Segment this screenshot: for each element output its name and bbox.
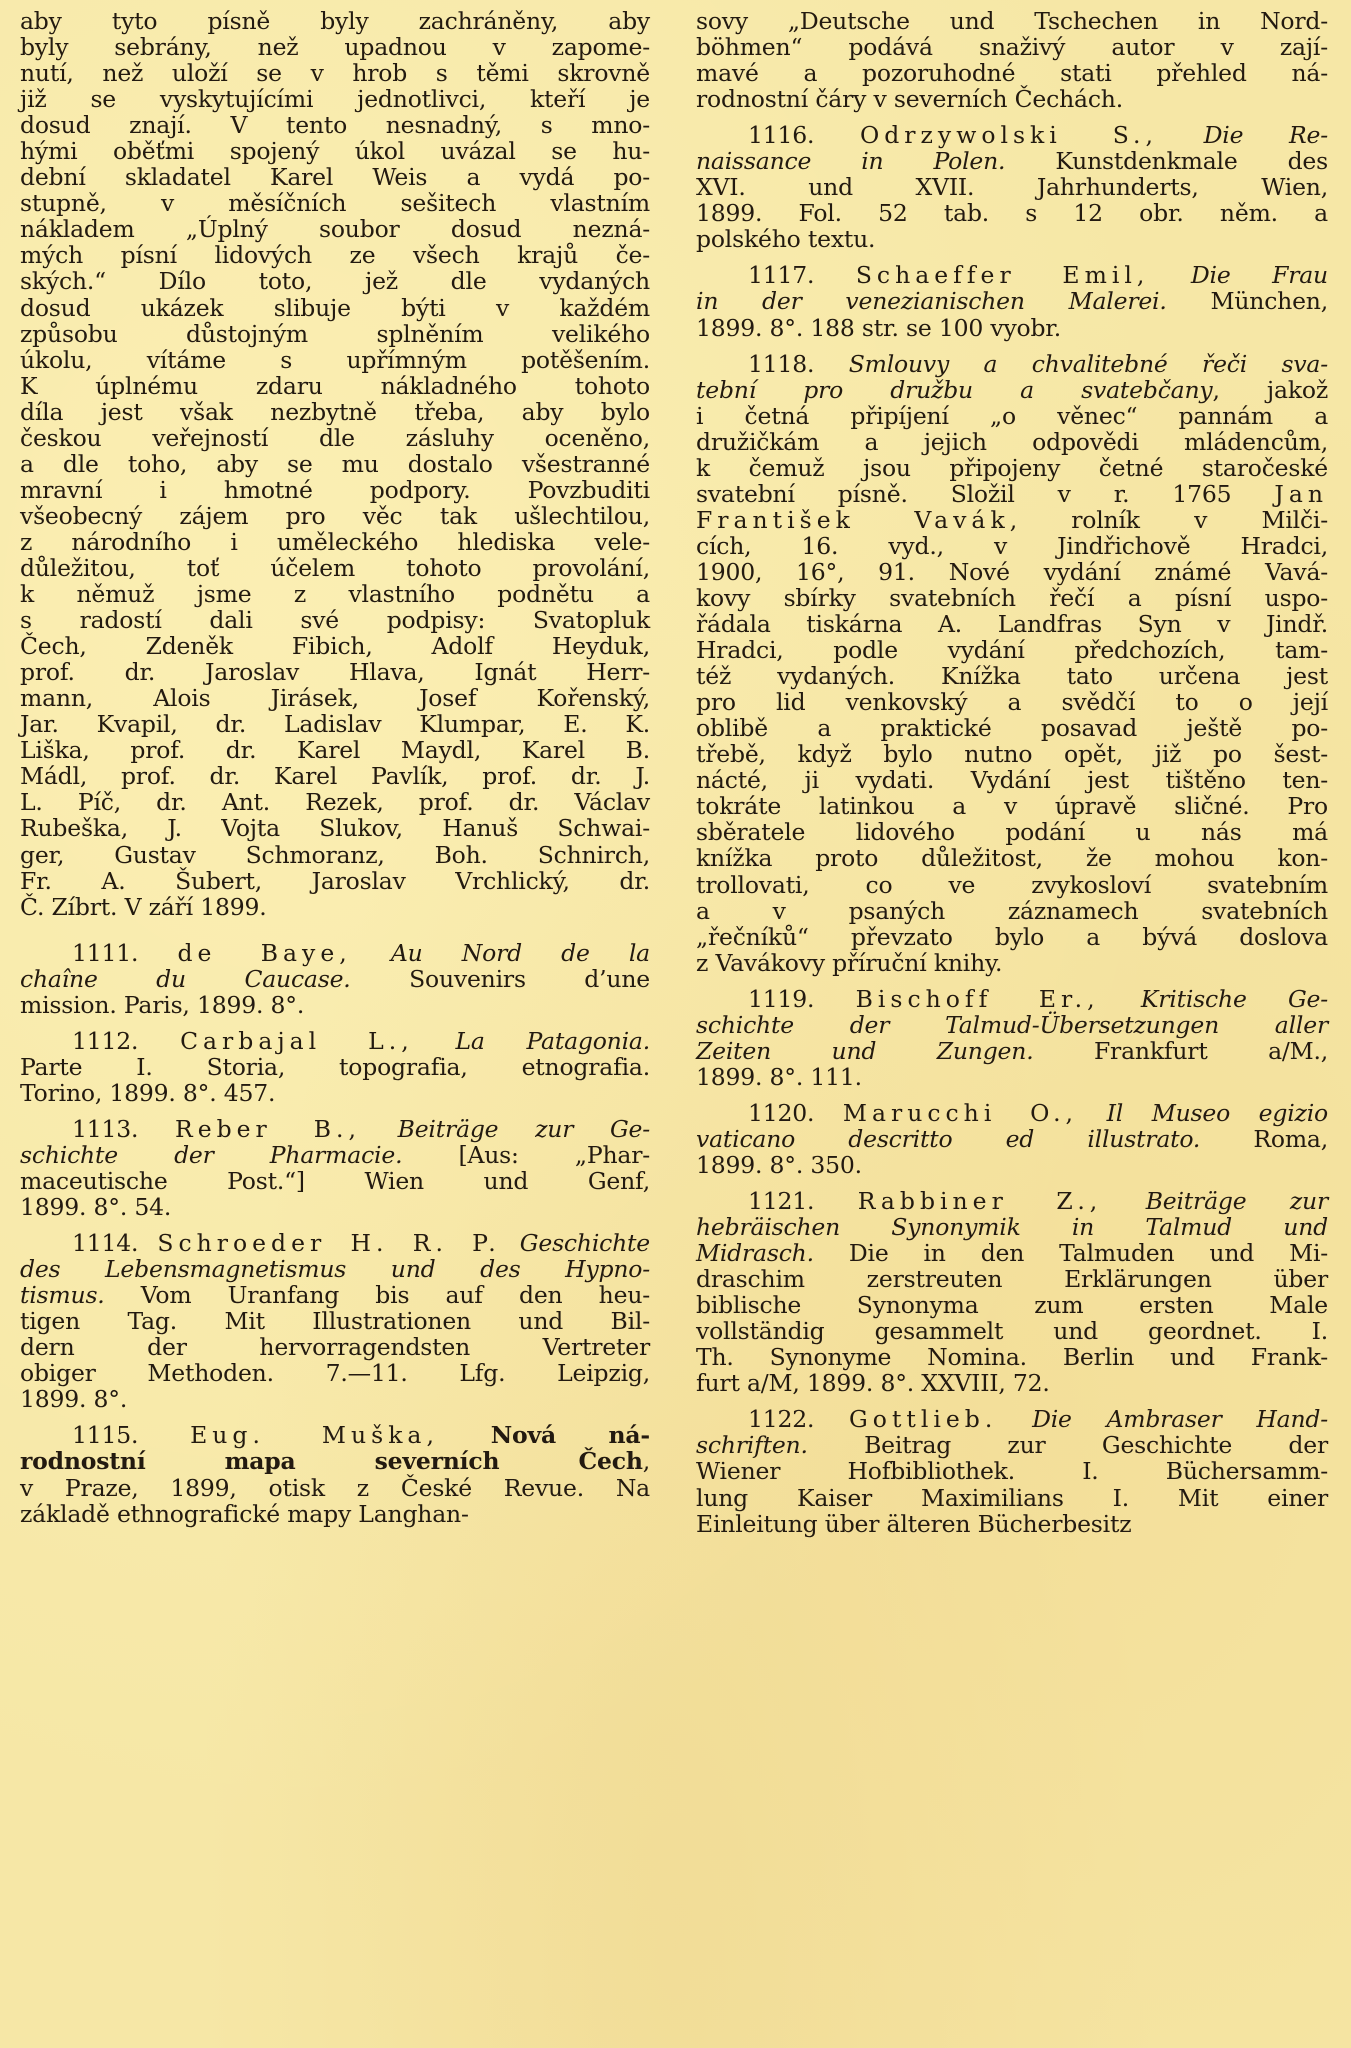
italic-title: Smlouvy a chvalitebné řeči sva- [849, 350, 1328, 378]
text-run: 1899. Fol. 52 tab. s 12 obr. něm. a [696, 199, 1328, 227]
text-line: draschim zerstreuten Erklärungen über [696, 1266, 1328, 1292]
italic-title: Zeiten und Zungen. [696, 1037, 1033, 1065]
text-run: družičkám a jejich odpovědi mládencům, [696, 428, 1328, 456]
spaced-name: František Vavák [696, 506, 1010, 534]
bold-title: rodnostní mapa severních Čech [20, 1447, 643, 1475]
text-run: v Praze, 1899, otisk z České Revue. Na [20, 1474, 650, 1502]
bibliography-entry: 1121. Rabbiner Z., Beiträge zurhebräisch… [696, 1188, 1328, 1396]
text-run: a v psaných záznamech svatebních [696, 897, 1328, 925]
text-line: knížka proto důležitost, že mohou kon- [696, 845, 1328, 871]
text-run: též vydaných. Knížka tato určena jest [696, 662, 1328, 690]
text-run: furt a/M, 1899. 8°. XXVIII, 72. [696, 1369, 1050, 1397]
italic-title: tební pro družbu a svatebčany [696, 376, 1212, 404]
text-line: již se vyskytujícími jednotlivci, kteří … [20, 86, 650, 112]
text-run: oblibě a praktické posavad ještě po- [696, 714, 1328, 742]
text-run: Frankfurt a/M., [1033, 1037, 1328, 1065]
text-run: , rolník v Milči- [1010, 506, 1328, 534]
entry-first-line: 1119. Bischoff Er., Kritische Ge- [696, 986, 1328, 1012]
text-line: Einleitung über älteren Bücherbesitz [696, 1511, 1328, 1537]
text-run: polského textu. [696, 225, 875, 253]
text-line: Wiener Hofbibliothek. I. Büchersamm- [696, 1458, 1328, 1484]
text-line: byly sebrány, než upadnou v zapome- [20, 34, 650, 60]
text-run: Beitrag zur Geschichte der [808, 1431, 1328, 1459]
text-line: kovy sbírky svatebních řečí a písní uspo… [696, 585, 1328, 611]
text-run: mavé a pozoruhodné stati přehled ná- [696, 59, 1328, 87]
text-run: mých písní lidových ze všech krajů če- [20, 241, 650, 269]
text-run: 1899. 8°. [20, 1385, 127, 1413]
spaced-name: de Baye, [177, 939, 351, 967]
entry-first-line: 1120. Marucchi O., Il Museo egizio [696, 1100, 1328, 1126]
text-line: dosud ukázek slibuje býti v každém [20, 295, 650, 321]
entry-first-line: 1115. Eug. Muška, Nová ná- [20, 1422, 650, 1448]
entry-first-line: 1112. Carbajal L., La Patagonia. [20, 1028, 650, 1054]
text-run: K úplnému zdaru nákladného tohoto [20, 372, 650, 400]
text-line: rodnostní mapa severních Čech, [20, 1448, 650, 1474]
continuation-paragraph: sovy „Deutsche und Tschechen in Nord-böh… [696, 8, 1328, 112]
text-line: schichte der Talmud-Übersetzungen aller [696, 1012, 1328, 1038]
text-line: v Praze, 1899, otisk z České Revue. Na [20, 1475, 650, 1501]
text-run: 1899. 8°. 54. [20, 1193, 171, 1221]
text-run: 1119. [748, 985, 856, 1013]
text-run: 1117. [748, 261, 856, 289]
text-line: Midrasch. Die in den Talmuden und Mi- [696, 1240, 1328, 1266]
text-line: chaîne du Caucase. Souvenirs d’une [20, 966, 650, 992]
text-line: dern der hervorragendsten Vertreter [20, 1334, 650, 1360]
bibliography-entry: 1111. de Baye, Au Nord de lachaîne du Ca… [20, 940, 650, 1018]
text-line: Fr. A. Šubert, Jaroslav Vrchlický, dr. [20, 868, 650, 894]
text-run: L. Píč, dr. Ant. Rezek, prof. dr. Václav [20, 788, 650, 816]
text-run: ger, Gustav Schmoranz, Boh. Schnirch, [20, 841, 650, 869]
text-run: 1115. [72, 1421, 190, 1449]
text-run: Wiener Hofbibliothek. I. Büchersamm- [696, 1457, 1328, 1485]
italic-title: La Patagonia. [455, 1027, 650, 1055]
text-line: dosud znají. V tento nesnadný, s mno- [20, 112, 650, 138]
text-line: 1899. Fol. 52 tab. s 12 obr. něm. a [696, 200, 1328, 226]
text-run: k čemuž jsou připojeny četné staročeské [696, 454, 1328, 482]
text-run: Torino, 1899. 8°. 457. [20, 1079, 275, 1107]
text-line: 1899. 8°. [20, 1386, 650, 1412]
text-run: Parte I. Storia, topografia, etnografia. [20, 1053, 650, 1081]
text-line: Parte I. Storia, topografia, etnografia. [20, 1054, 650, 1080]
text-line: maceutische Post.“] Wien und Genf, [20, 1168, 650, 1194]
text-run: Th. Synonyme Nomina. Berlin und Frank- [696, 1343, 1328, 1371]
text-run: všeobecný zájem pro věc tak ušlechtilou, [20, 502, 650, 530]
text-line: družičkám a jejich odpovědi mládencům, [696, 429, 1328, 455]
text-run: Fr. A. Šubert, Jaroslav Vrchlický, dr. [20, 867, 650, 895]
text-line: tokráte latinkou a v úpravě sličné. Pro [696, 793, 1328, 819]
bibliography-entry: 1120. Marucchi O., Il Museo egiziovatica… [696, 1100, 1328, 1178]
italic-title: schichte der Talmud-Übersetzungen aller [696, 1011, 1328, 1039]
entry-first-line: 1114. Schroeder H. R. P. Geschichte [20, 1230, 650, 1256]
paragraph-gap [20, 920, 650, 940]
text-line: způsobu důstojným splněním velikého [20, 321, 650, 347]
text-line: Torino, 1899. 8°. 457. [20, 1080, 650, 1106]
text-run: 1120. [748, 1099, 843, 1127]
text-line: nákladem „Úplný soubor dosud nezná- [20, 216, 650, 242]
text-run: Č. Zíbrt. V září 1899. [20, 893, 267, 921]
text-run: prof. dr. Jaroslav Hlava, Ignát Herr- [20, 658, 650, 686]
spaced-name: Schaeffer Emil, [856, 261, 1150, 289]
text-line: schriften. Beitrag zur Geschichte der [696, 1432, 1328, 1458]
text-line: K úplnému zdaru nákladného tohoto [20, 373, 650, 399]
text-line: biblische Synonyma zum ersten Male [696, 1292, 1328, 1318]
entry-first-line: 1121. Rabbiner Z., Beiträge zur [696, 1188, 1328, 1214]
text-line: pro lid venkovský a svědčí to o její [696, 689, 1328, 715]
text-line: rodnostní čáry v severních Čechách. [696, 86, 1328, 112]
text-run: 1118. [748, 350, 849, 378]
appeal-paragraph: aby tyto písně byly zachráněny, abybyly … [20, 8, 650, 920]
text-run: nácté, ji vydati. Vydání jest tištěno te… [696, 766, 1328, 794]
text-run: kovy sbírky svatebních řečí a písní uspo… [696, 584, 1328, 612]
text-run: svatební písně. Složil v r. 1765 [696, 480, 1274, 508]
text-run: Rubeška, J. Vojta Slukov, Hanuš Schwai- [20, 814, 650, 842]
text-run: dosud ukázek slibuje býti v každém [20, 294, 650, 322]
text-line: „řečníků“ převzato bylo a bývá doslova [696, 924, 1328, 950]
italic-title: hebräischen Synonymik in Talmud und [696, 1213, 1328, 1241]
text-line: in der venezianischen Malerei. München, [696, 288, 1328, 314]
text-line: des Lebensmagnetismus und des Hypno- [20, 1256, 650, 1282]
text-run: Vom Uranfang bis auf den heu- [105, 1281, 650, 1309]
text-line: prof. dr. Jaroslav Hlava, Ignát Herr- [20, 659, 650, 685]
spaced-name: Rabbiner Z., [858, 1187, 1103, 1215]
text-line: 1899. 8°. 188 str. se 100 vyobr. [696, 315, 1328, 341]
text-line: sovy „Deutsche und Tschechen in Nord- [696, 8, 1328, 34]
bibliography-entry: 1115. Eug. Muška, Nová ná-rodnostní mapa… [20, 1422, 650, 1526]
bibliography-entry: 1112. Carbajal L., La Patagonia.Parte I.… [20, 1028, 650, 1106]
text-line: svatební písně. Složil v r. 1765 Jan [696, 481, 1328, 507]
text-run: böhmen“ podává snaživý autor v zají- [696, 33, 1328, 61]
text-run: XVI. und XVII. Jahrhunderts, Wien, [696, 173, 1328, 201]
text-run: i četná připíjení „o věnec“ pannám a [696, 402, 1328, 430]
text-run: 1899. 8°. 111. [696, 1063, 862, 1091]
italic-title: Au Nord de la [391, 939, 650, 967]
text-run: 1121. [748, 1187, 858, 1215]
text-run: München, [1167, 287, 1328, 315]
text-line: důležitou, toť účelem tohoto provolání, [20, 555, 650, 581]
text-run: Čech, Zdeněk Fibich, Adolf Heyduk, [20, 632, 650, 660]
spaced-name: Jan [1274, 480, 1328, 508]
text-line: Jar. Kvapil, dr. Ladislav Klumpar, E. K. [20, 711, 650, 737]
spaced-name: Marucchi O., [843, 1099, 1078, 1127]
text-line: řádala tiskárna A. Landfras Syn v Jindř. [696, 611, 1328, 637]
entry-first-line: 1113. Reber B., Beiträge zur Ge- [20, 1116, 650, 1142]
text-run: ských.“ Dílo toto, jež dle vydaných [20, 267, 650, 295]
text-run: lung Kaiser Maximilians I. Mit einer [696, 1484, 1328, 1512]
text-run: nutí, než uloží se v hrob s těmi skrovně [20, 59, 650, 87]
text-run: aby tyto písně byly zachráněny, aby [20, 7, 650, 35]
text-line: 1900, 16°, 91. Nové vydání známé Vavá- [696, 559, 1328, 585]
text-run: Souvenirs d’une [351, 965, 650, 993]
text-line: hými oběťmi spojený úkol uvázal se hu- [20, 138, 650, 164]
text-run: 1111. [72, 939, 177, 967]
spaced-name: Eug. Muška, [190, 1421, 439, 1449]
text-run: řádala tiskárna A. Landfras Syn v Jindř. [696, 610, 1328, 638]
text-line: tební pro družbu a svatebčany, jakož [696, 377, 1328, 403]
text-run: vollständig gesammelt und geordnet. I. [696, 1317, 1328, 1345]
text-run: 1122. [748, 1405, 849, 1433]
text-line: aby tyto písně byly zachráněny, aby [20, 8, 650, 34]
text-run: [Aus: „Phar- [402, 1141, 650, 1169]
text-run: k němuž jsme z vlastního podnětu a [20, 580, 650, 608]
italic-title: naissance in Polen. [696, 147, 1005, 175]
text-run: byly sebrány, než upadnou v zapome- [20, 33, 650, 61]
entry-first-line: 1116. Odrzywolski S., Die Re- [696, 122, 1328, 148]
text-line: dební skladatel Karel Weis a vydá po- [20, 164, 650, 190]
text-run: draschim zerstreuten Erklärungen über [696, 1265, 1328, 1293]
text-run: Liška, prof. dr. Karel Maydl, Karel B. [20, 736, 650, 764]
text-line: Zeiten und Zungen. Frankfurt a/M., [696, 1038, 1328, 1064]
text-run: 1900, 16°, 91. Nové vydání známé Vavá- [696, 558, 1328, 586]
text-line: 1899. 8°. 54. [20, 1194, 650, 1220]
text-run: úkolu, vítáme s upřímným potěšením. [20, 346, 650, 374]
spaced-name: Carbajal L., [180, 1027, 414, 1055]
italic-title: Midrasch. [696, 1239, 814, 1267]
bibliography-entry: 1118. Smlouvy a chvalitebné řeči sva-teb… [696, 351, 1328, 976]
text-line: úkolu, vítáme s upřímným potěšením. [20, 347, 650, 373]
entry-first-line: 1122. Gottlieb. Die Ambraser Hand- [696, 1406, 1328, 1432]
text-run: způsobu důstojným splněním velikého [20, 320, 650, 348]
text-run: dosud znají. V tento nesnadný, s mno- [20, 111, 650, 139]
text-run: základě ethnografické mapy Langhan- [20, 1500, 469, 1528]
italic-title: Die Frau [1191, 261, 1328, 289]
entry-first-line: 1118. Smlouvy a chvalitebné řeči sva- [696, 351, 1328, 377]
text-run: tokráte latinkou a v úpravě sličné. Pro [696, 792, 1328, 820]
text-run: českou veřejností dle zásluhy oceněno, [20, 424, 650, 452]
text-run: a dle toho, aby se mu dostalo všestranné [20, 450, 650, 478]
text-line: 1899. 8°. 111. [696, 1064, 1328, 1090]
bibliography-entry: 1119. Bischoff Er., Kritische Ge-schicht… [696, 986, 1328, 1090]
text-line: mavé a pozoruhodné stati přehled ná- [696, 60, 1328, 86]
text-run: Einleitung über älteren Bücherbesitz [696, 1510, 1131, 1538]
text-run: Roma, [1200, 1125, 1328, 1153]
text-line: Čech, Zdeněk Fibich, Adolf Heyduk, [20, 633, 650, 659]
text-run: s radostí dali své podpisy: Svatopluk [20, 606, 650, 634]
text-line: nutí, než uloží se v hrob s těmi skrovně [20, 60, 650, 86]
text-line: vollständig gesammelt und geordnet. I. [696, 1318, 1328, 1344]
text-run: již se vyskytujícími jednotlivci, kteří … [20, 85, 650, 113]
text-line: třebě, když bylo nutno opět, již po šest… [696, 741, 1328, 767]
text-line: mravní i hmotné podpory. Povzbuditi [20, 477, 650, 503]
spaced-name: Odrzywolski S., [860, 121, 1158, 149]
text-line: L. Píč, dr. Ant. Rezek, prof. dr. Václav [20, 789, 650, 815]
text-line: českou veřejností dle zásluhy oceněno, [20, 425, 650, 451]
italic-title: in der venezianischen Malerei. [696, 287, 1167, 315]
text-line: Hradci, podle vydání předchozích, tam- [696, 637, 1328, 663]
text-run: biblische Synonyma zum ersten Male [696, 1291, 1328, 1319]
text-line: lung Kaiser Maximilians I. Mit einer [696, 1485, 1328, 1511]
italic-title: Il Museo egizio [1107, 1099, 1328, 1127]
text-run: , jakož [1212, 376, 1328, 404]
text-run: 1114. [72, 1229, 157, 1257]
text-run: mann, Alois Jirásek, Josef Kořenský, [20, 684, 650, 712]
text-run: z národního i uměleckého hlediska vele- [20, 528, 650, 556]
text-line: 1899. 8°. 350. [696, 1152, 1328, 1178]
spaced-name: Schroeder H. R. P. [157, 1229, 500, 1257]
text-run: 1899. 8°. 350. [696, 1151, 862, 1179]
text-run: sběratele lidového podání u nás má [696, 818, 1328, 846]
right-column: sovy „Deutsche und Tschechen in Nord-böh… [696, 8, 1328, 1537]
italic-title: des Lebensmagnetismus und des Hypno- [20, 1255, 650, 1283]
text-run: Hradci, podle vydání předchozích, tam- [696, 636, 1328, 664]
text-run: knížka proto důležitost, že mohou kon- [696, 844, 1328, 872]
text-run: maceutische Post.“] Wien und Genf, [20, 1167, 650, 1195]
text-line: böhmen“ podává snaživý autor v zají- [696, 34, 1328, 60]
text-run: Die in den Talmuden und Mi- [814, 1239, 1328, 1267]
text-line: všeobecný zájem pro věc tak ušlechtilou, [20, 503, 650, 529]
text-run: nákladem „Úplný soubor dosud nezná- [20, 215, 650, 243]
text-run: 1113. [72, 1115, 175, 1143]
text-run: obiger Methoden. 7.—11. Lfg. Leipzig, [20, 1359, 650, 1387]
text-line: z národního i uměleckého hlediska vele- [20, 529, 650, 555]
text-run: 1899. 8°. 188 str. se 100 vyobr. [696, 314, 1061, 342]
text-run: z Vavákovy příruční knihy. [696, 949, 1002, 977]
text-line: nácté, ji vydati. Vydání jest tištěno te… [696, 767, 1328, 793]
text-run: „řečníků“ převzato bylo a bývá doslova [696, 923, 1328, 951]
spaced-name: Gottlieb. [849, 1405, 997, 1433]
text-line: i četná připíjení „o věnec“ pannám a [696, 403, 1328, 429]
text-line: a dle toho, aby se mu dostalo všestranné [20, 451, 650, 477]
text-line: ger, Gustav Schmoranz, Boh. Schnirch, [20, 842, 650, 868]
italic-title: chaîne du Caucase. [20, 965, 351, 993]
text-run: , [643, 1447, 650, 1475]
bibliography-entry: 1116. Odrzywolski S., Die Re-naissance i… [696, 122, 1328, 252]
text-line: k němuž jsme z vlastního podnětu a [20, 581, 650, 607]
spaced-name: Bischoff Er., [856, 985, 1100, 1013]
text-line: František Vavák, rolník v Milči- [696, 507, 1328, 533]
italic-title: schichte der Pharmacie. [20, 1141, 402, 1169]
text-line: naissance in Polen. Kunstdenkmale des [696, 148, 1328, 174]
text-run: mravní i hmotné podpory. Povzbuditi [20, 476, 650, 504]
text-line: díla jest však nezbytně třeba, aby bylo [20, 399, 650, 425]
italic-title: Kritische Ge- [1141, 985, 1328, 1013]
text-line: furt a/M, 1899. 8°. XXVIII, 72. [696, 1370, 1328, 1396]
italic-title: Die Re- [1204, 121, 1328, 149]
text-run: dern der hervorragendsten Vertreter [20, 1333, 650, 1361]
text-line: základě ethnografické mapy Langhan- [20, 1501, 650, 1527]
text-line: oblibě a praktické posavad ještě po- [696, 715, 1328, 741]
text-line: mission. Paris, 1899. 8°. [20, 992, 650, 1018]
italic-title: Beiträge zur [1146, 1187, 1328, 1215]
text-line: stupně, v měsíčních sešitech vlastním [20, 190, 650, 216]
italic-title: Die Ambraser Hand- [1032, 1405, 1328, 1433]
text-line: a v psaných záznamech svatebních [696, 898, 1328, 924]
text-line: obiger Methoden. 7.—11. Lfg. Leipzig, [20, 1360, 650, 1386]
text-run: cích, 16. vyd., v Jindřichově Hradci, [696, 532, 1328, 560]
italic-title: Geschichte [520, 1229, 650, 1257]
text-line: mann, Alois Jirásek, Josef Kořenský, [20, 685, 650, 711]
text-line: polského textu. [696, 226, 1328, 252]
text-run: pro lid venkovský a svědčí to o její [696, 688, 1328, 716]
text-line: Č. Zíbrt. V září 1899. [20, 894, 650, 920]
italic-title: schriften. [696, 1431, 808, 1459]
italic-title: tismus. [20, 1281, 105, 1309]
text-line: hebräischen Synonymik in Talmud und [696, 1214, 1328, 1240]
text-line: XVI. und XVII. Jahrhunderts, Wien, [696, 174, 1328, 200]
text-run: 1116. [748, 121, 860, 149]
text-line: sběratele lidového podání u nás má [696, 819, 1328, 845]
text-run: 1112. [72, 1027, 180, 1055]
text-line: Mádl, prof. dr. Karel Pavlík, prof. dr. … [20, 763, 650, 789]
text-run: hými oběťmi spojený úkol uvázal se hu- [20, 137, 650, 165]
text-line: s radostí dali své podpisy: Svatopluk [20, 607, 650, 633]
left-column: aby tyto písně byly zachráněny, abybyly … [20, 8, 650, 1527]
text-line: trollovati, co ve zvykosloví svatebním [696, 872, 1328, 898]
bibliography-entry: 1113. Reber B., Beiträge zur Ge-schichte… [20, 1116, 650, 1220]
text-run: trollovati, co ve zvykosloví svatebním [696, 871, 1328, 899]
bibliography-entry: 1117. Schaeffer Emil, Die Frauin der ven… [696, 262, 1328, 340]
text-line: Th. Synonyme Nomina. Berlin und Frank- [696, 1344, 1328, 1370]
bold-title: Nová ná- [491, 1421, 650, 1449]
text-run: třebě, když bylo nutno opět, již po šest… [696, 740, 1328, 768]
text-line: ských.“ Dílo toto, jež dle vydaných [20, 268, 650, 294]
text-run: stupně, v měsíčních sešitech vlastním [20, 189, 650, 217]
text-run: důležitou, toť účelem tohoto provolání, [20, 554, 650, 582]
text-run: díla jest však nezbytně třeba, aby bylo [20, 398, 650, 426]
text-line: též vydaných. Knížka tato určena jest [696, 663, 1328, 689]
text-run: Kunstdenkmale des [1005, 147, 1328, 175]
text-line: mých písní lidových ze všech krajů če- [20, 242, 650, 268]
text-run: sovy „Deutsche und Tschechen in Nord- [696, 7, 1328, 35]
bibliography-entry: 1114. Schroeder H. R. P. Geschichtedes L… [20, 1230, 650, 1412]
bibliography-entry: 1122. Gottlieb. Die Ambraser Hand-schrif… [696, 1406, 1328, 1536]
text-line: Rubeška, J. Vojta Slukov, Hanuš Schwai- [20, 815, 650, 841]
text-line: tismus. Vom Uranfang bis auf den heu- [20, 1282, 650, 1308]
text-line: k čemuž jsou připojeny četné staročeské [696, 455, 1328, 481]
text-run: rodnostní čáry v severních Čechách. [696, 85, 1123, 113]
text-line: vaticano descritto ed illustrato. Roma, [696, 1126, 1328, 1152]
italic-title: vaticano descritto ed illustrato. [696, 1125, 1200, 1153]
entry-first-line: 1111. de Baye, Au Nord de la [20, 940, 650, 966]
text-run: tigen Tag. Mit Illustrationen und Bil- [20, 1307, 650, 1335]
text-line: Liška, prof. dr. Karel Maydl, Karel B. [20, 737, 650, 763]
text-line: tigen Tag. Mit Illustrationen und Bil- [20, 1308, 650, 1334]
entry-first-line: 1117. Schaeffer Emil, Die Frau [696, 262, 1328, 288]
text-run: Mádl, prof. dr. Karel Pavlík, prof. dr. … [20, 762, 650, 790]
spaced-name: Reber B., [175, 1115, 361, 1143]
text-line: schichte der Pharmacie. [Aus: „Phar- [20, 1142, 650, 1168]
text-line: cích, 16. vyd., v Jindřichově Hradci, [696, 533, 1328, 559]
text-run: mission. Paris, 1899. 8°. [20, 991, 304, 1019]
italic-title: Beiträge zur Ge- [398, 1115, 650, 1143]
text-run: Jar. Kvapil, dr. Ladislav Klumpar, E. K. [20, 710, 650, 738]
text-run: dební skladatel Karel Weis a vydá po- [20, 163, 650, 191]
text-line: z Vavákovy příruční knihy. [696, 950, 1328, 976]
